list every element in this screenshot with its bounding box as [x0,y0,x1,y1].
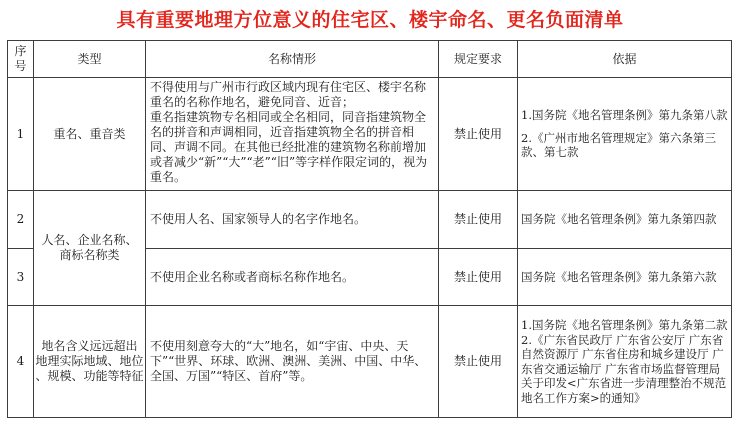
cell-type-4: 地名含义远远超出地理实际地域、地位、规模、功能等特征 [34,306,146,418]
text-line: 人名、企业名称、 [35,233,144,248]
text-line: 1.国务院《地名管理条例》第九条第八款 [521,108,728,123]
cell-situation-2: 不使用人名、国家领导人的名字作地名。 [146,191,439,249]
table-row-2: 2 人名、企业名称、商标名称类 不使用人名、国家领导人的名字作地名。 禁止使用 … [8,191,732,249]
cell-basis-4: 1.国务院《地名管理条例》第九条第二款2.《广东省民政厅 广东省公安厅 广东省自… [518,306,732,418]
table-row-1: 1 重名、重音类 不得使用与广州市行政区域内现有住宅区、楼宇名称重名的名称作地名… [8,78,732,191]
text-line: 商标名称类 [35,248,144,263]
text-line: 不得使用与广州市行政区域内现有住宅区、楼宇名称重名的名称作地名，避免同音、近音； [150,80,434,110]
negative-list-table: 序号 类型 名称情形 规定要求 依据 1 重名、重音类 不得使用与广州市行政区域… [7,40,732,418]
text-line: 2.《广东省民政厅 广东省公安厅 广东省自然资源厅 广东省住房和城乡建设厅 广东… [521,333,728,406]
cell-serial-4: 4 [8,306,34,418]
cell-situation-3: 不使用企业名称或者商标名称作地名。 [146,249,439,306]
table-row-4: 4 地名含义远远超出地理实际地域、地位、规模、功能等特征 不使用刻意夸大的“大”… [8,306,732,418]
cell-requirement-2: 禁止使用 [439,191,518,249]
text-line: 地名含义远远超出 [35,339,144,354]
cell-type-2-3-merged: 人名、企业名称、商标名称类 [34,191,146,306]
cell-basis-2: 国务院《地名管理条例》第九条第四款 [518,191,732,249]
page-title: 具有重要地理方位意义的住宅区、楼宇命名、更名负面清单 [0,0,740,32]
cell-serial-1: 1 [8,78,34,191]
text-line: 2.《广州市地名管理规定》第六条第三款、第七款 [521,131,728,160]
col-header-requirement: 规定要求 [439,41,518,78]
cell-situation-4: 不使用刻意夸大的“大”地名，如“宇宙、中央、天下”“世界、环球、欧洲、澳洲、美洲… [146,306,439,418]
cell-basis-3: 国务院《地名管理条例》第九条第六款 [518,249,732,306]
text-line: 地理实际地域、地位 [35,354,144,369]
cell-basis-1: 1.国务院《地名管理条例》第九条第八款2.《广州市地名管理规定》第六条第三款、第… [518,78,732,191]
text-line: 重名指建筑物专名相同或全名相同，同音指建筑物全名的拼音和声调相同，近音指建筑物全… [150,110,434,185]
cell-situation-1: 不得使用与广州市行政区域内现有住宅区、楼宇名称重名的名称作地名，避免同音、近音；… [146,78,439,191]
col-header-situation: 名称情形 [146,41,439,78]
text-line: 国务院《地名管理条例》第九条第四款 [521,212,728,227]
col-header-type: 类型 [34,41,146,78]
col-header-serial: 序号 [8,41,34,78]
cell-serial-3: 3 [8,249,34,306]
cell-requirement-4: 禁止使用 [439,306,518,418]
cell-requirement-1: 禁止使用 [439,78,518,191]
cell-type-1: 重名、重音类 [34,78,146,191]
cell-requirement-3: 禁止使用 [439,249,518,306]
text-line: 、规模、功能等特征 [35,369,144,384]
col-header-basis: 依据 [518,41,732,78]
cell-serial-2: 2 [8,191,34,249]
document-page: 具有重要地理方位意义的住宅区、楼宇命名、更名负面清单 序号 类型 名称情形 规定… [0,0,740,418]
header-row: 序号 类型 名称情形 规定要求 依据 [8,41,732,78]
text-line: 1.国务院《地名管理条例》第九条第二款 [521,318,728,333]
text-line: 国务院《地名管理条例》第九条第六款 [521,270,728,285]
